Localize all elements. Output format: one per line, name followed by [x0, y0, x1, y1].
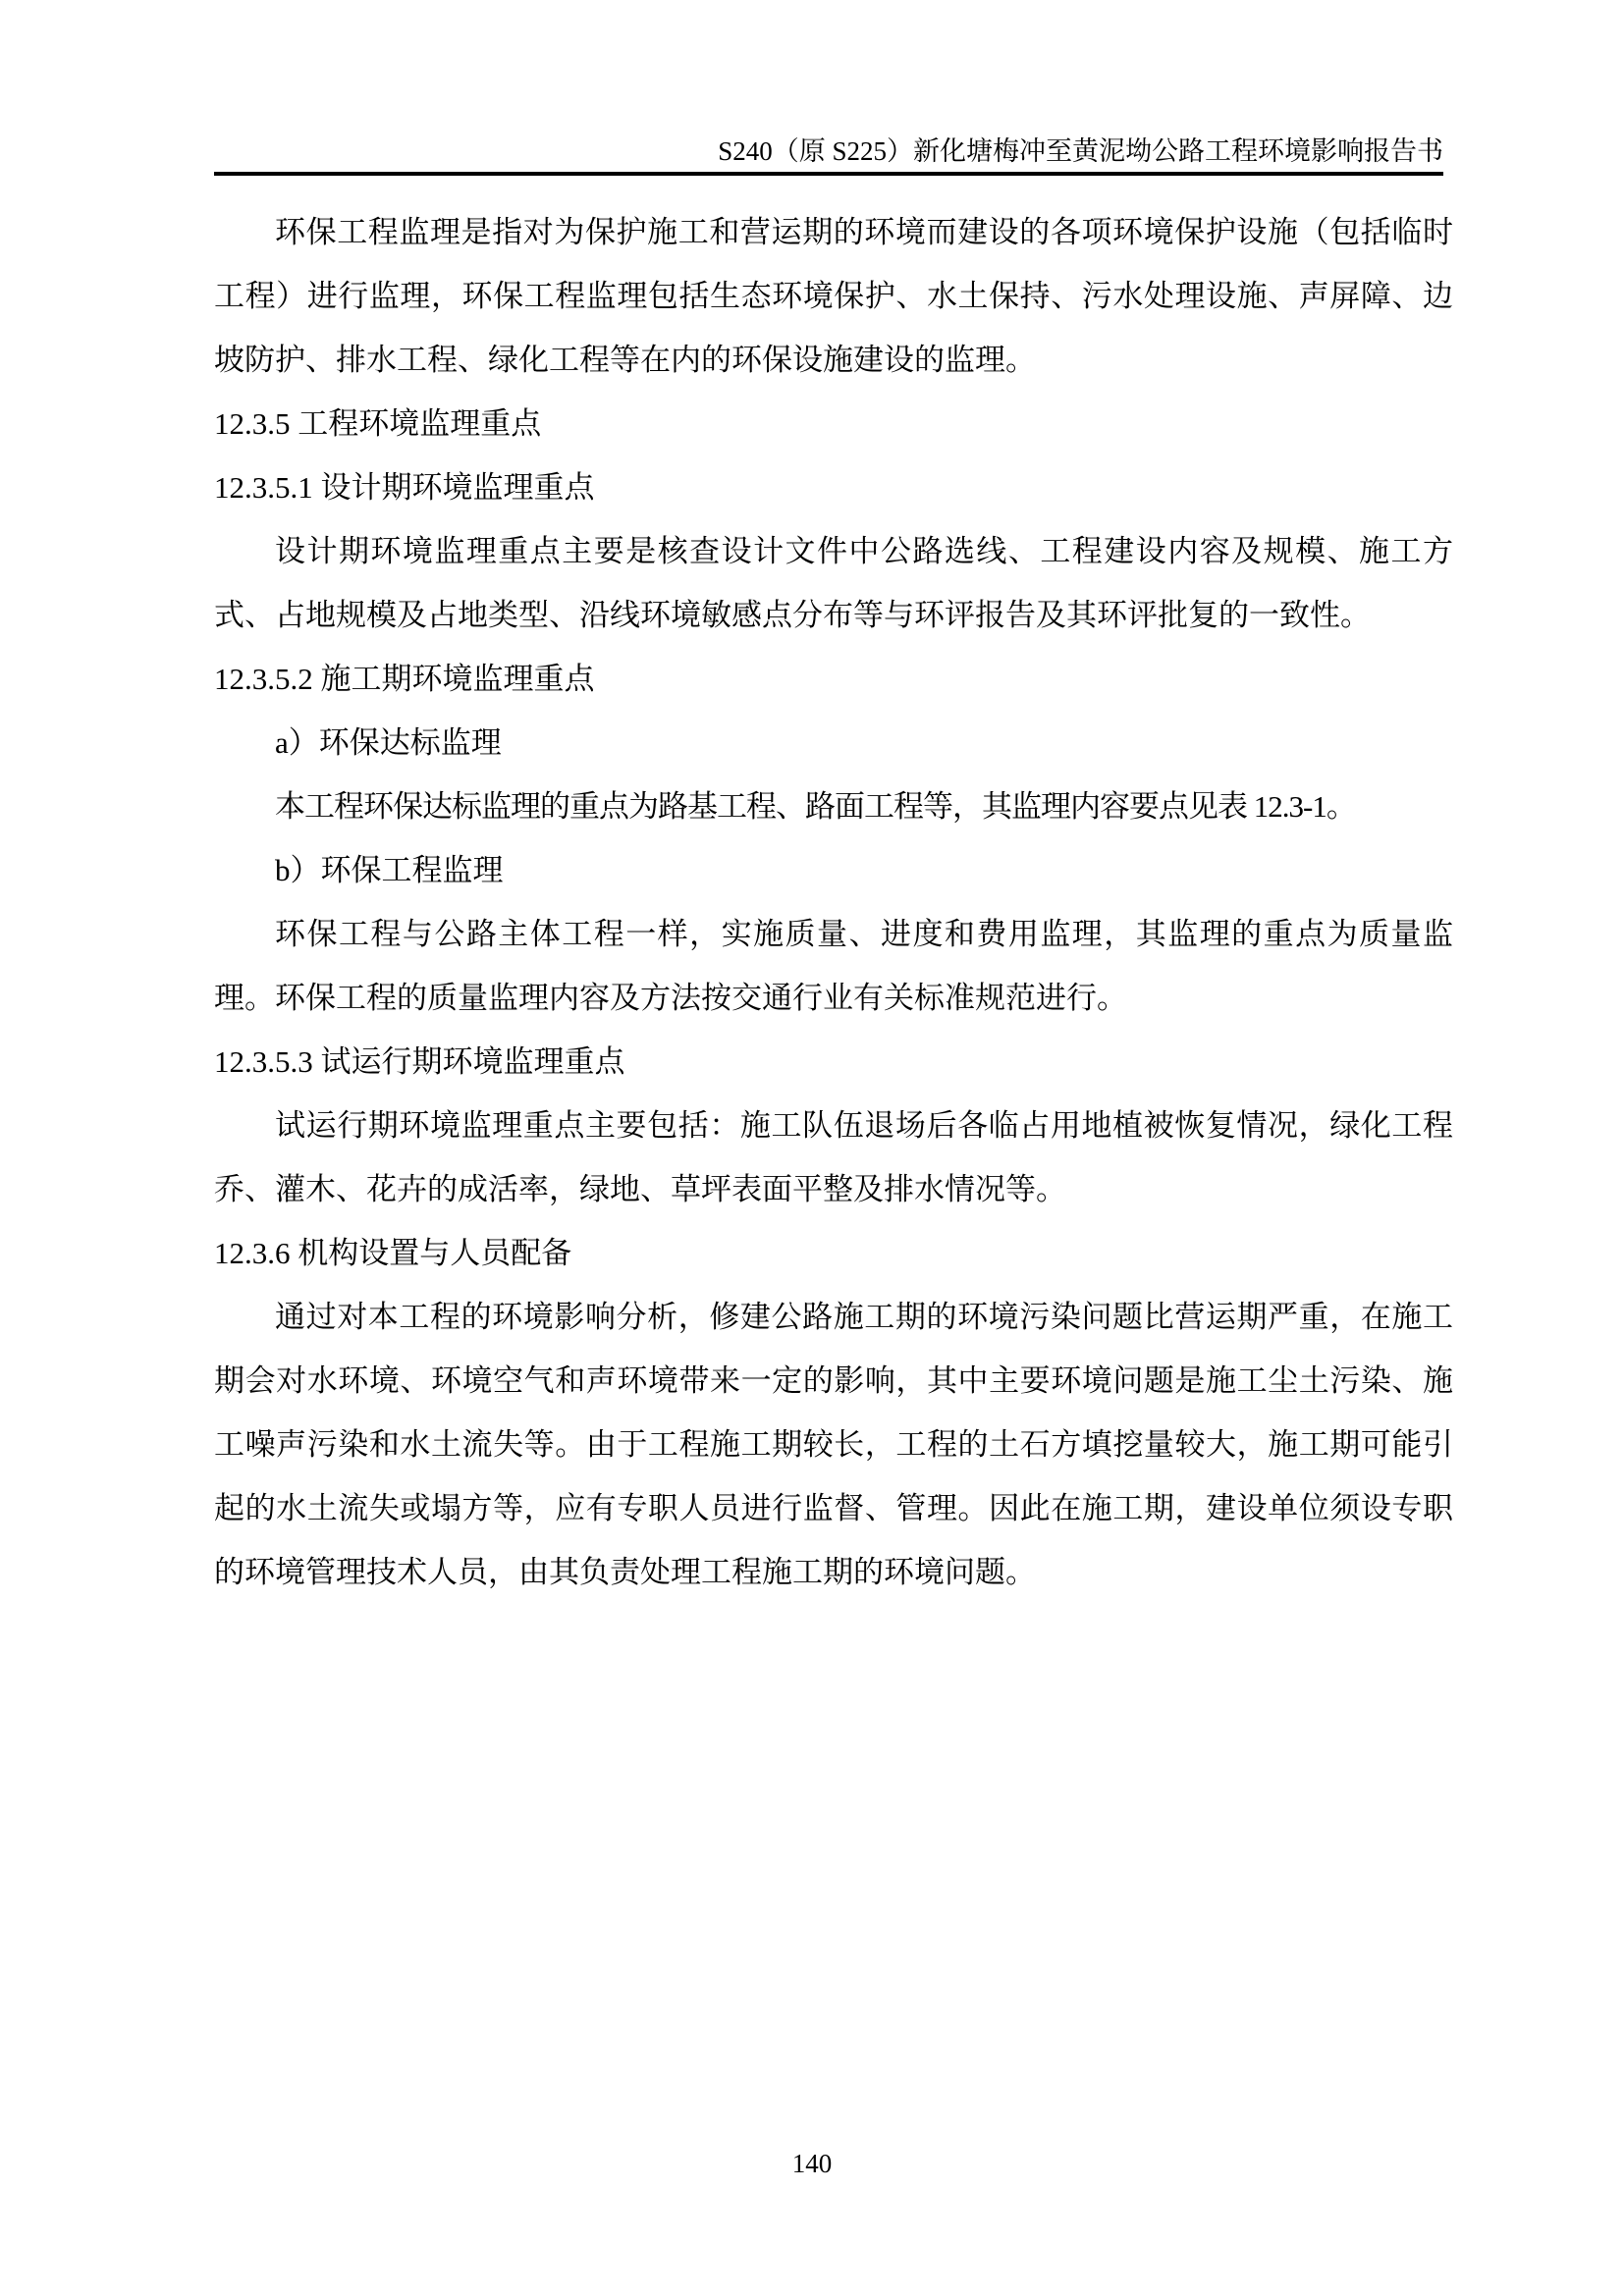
- section-heading-12-3-5: 12.3.5 工程环境监理重点: [214, 392, 1453, 455]
- paragraph: 通过对本工程的环境影响分析，修建公路施工期的环境污染问题比营运期严重，在施工期会…: [214, 1285, 1453, 1604]
- header-rule: [214, 172, 1443, 176]
- list-item-b: b）环保工程监理: [214, 838, 1453, 902]
- page-number: 140: [0, 2146, 1624, 2181]
- section-heading-12-3-5-2: 12.3.5.2 施工期环境监理重点: [214, 647, 1453, 711]
- paragraph: 设计期环境监理重点主要是核查设计文件中公路选线、工程建设内容及规模、施工方式、占…: [214, 519, 1453, 647]
- document-page: S240（原 S225）新化塘梅冲至黄泥坳公路工程环境影响报告书 环保工程监理是…: [0, 0, 1624, 2296]
- list-item-a: a）环保达标监理: [214, 711, 1453, 774]
- running-header: S240（原 S225）新化塘梅冲至黄泥坳公路工程环境影响报告书: [214, 133, 1443, 169]
- section-heading-12-3-5-3: 12.3.5.3 试运行期环境监理重点: [214, 1030, 1453, 1094]
- paragraph: 本工程环保达标监理的重点为路基工程、路面工程等，其监理内容要点见表 12.3-1…: [214, 774, 1453, 838]
- document-body: 环保工程监理是指对为保护施工和营运期的环境而建设的各项环境保护设施（包括临时工程…: [214, 200, 1453, 1604]
- section-heading-12-3-5-1: 12.3.5.1 设计期环境监理重点: [214, 455, 1453, 519]
- paragraph: 环保工程与公路主体工程一样，实施质量、进度和费用监理，其监理的重点为质量监理。环…: [214, 902, 1453, 1030]
- paragraph: 试运行期环境监理重点主要包括：施工队伍退场后各临占用地植被恢复情况，绿化工程乔、…: [214, 1094, 1453, 1221]
- section-heading-12-3-6: 12.3.6 机构设置与人员配备: [214, 1221, 1453, 1285]
- paragraph: 环保工程监理是指对为保护施工和营运期的环境而建设的各项环境保护设施（包括临时工程…: [214, 200, 1453, 392]
